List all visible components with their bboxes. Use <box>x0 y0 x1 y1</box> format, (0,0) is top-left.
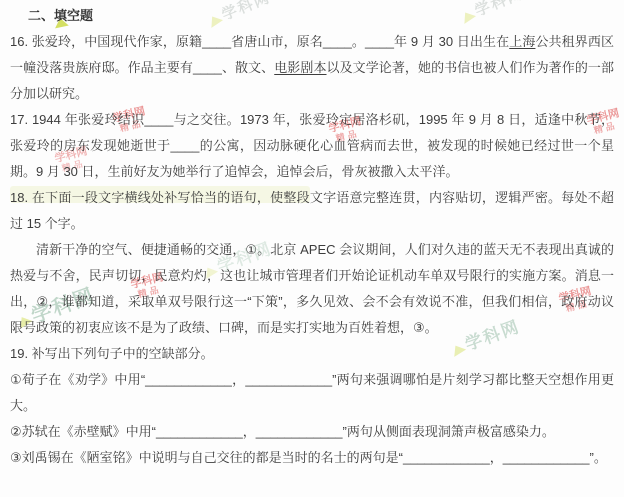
question-16: 16. 张爱玲，中国现代作家，原籍____省唐山市，原名____。____年 9… <box>10 29 614 107</box>
text-segment: 省唐山市，原名 <box>231 34 323 49</box>
text-segment: ____ <box>202 34 231 49</box>
text-segment: 、散文、 <box>222 60 274 75</box>
text-segment: ____ <box>365 34 394 49</box>
question-19-head: 19. 补写出下列句子中的空缺部分。 <box>10 341 614 367</box>
text-segment: 16. 张爱玲，中国现代作家，原籍 <box>10 34 202 49</box>
question-17: 17. 1944 年张爱玲结识____与之交往。1973 年，张爱玲定居洛杉矶，… <box>10 107 614 185</box>
text-segment: ____ <box>323 34 352 49</box>
question-19-item-1: ①荀子在《劝学》中用“____________，____________”两句来… <box>10 367 614 419</box>
question-18-head: 18. 在下面一段文字横线处补写恰当的语句，使整段文字语意完整连贯，内容贴切，逻… <box>10 185 614 237</box>
question-19-item-2: ②苏轼在《赤壁赋》中用“____________，____________”两句… <box>10 419 614 445</box>
text-segment: ____ <box>193 60 222 75</box>
underlined-text: 电影剧本 <box>274 60 326 75</box>
text-segment: 。 <box>352 34 365 49</box>
section-title: 二、填空题 <box>28 3 614 29</box>
underlined-text: 上海 <box>509 34 535 49</box>
question-19-item-3: ③刘禹锡在《陋室铭》中说明与自己交往的都是当时的名士的两句是“_________… <box>10 445 614 471</box>
text-segment: 年 9 月 30 日出生在 <box>394 34 509 49</box>
exam-page: 学科网 学科网 学科网 学科网 学科网 学科网精品 学科网精品 学科网精品 学科… <box>0 0 624 497</box>
question-18-body: 清新干净的空气、便捷通畅的交通，①。北京 APEC 会议期间，人们对久违的蓝天无… <box>10 237 614 341</box>
document-content: 二、填空题 16. 张爱玲，中国现代作家，原籍____省唐山市，原名____。_… <box>0 0 624 497</box>
